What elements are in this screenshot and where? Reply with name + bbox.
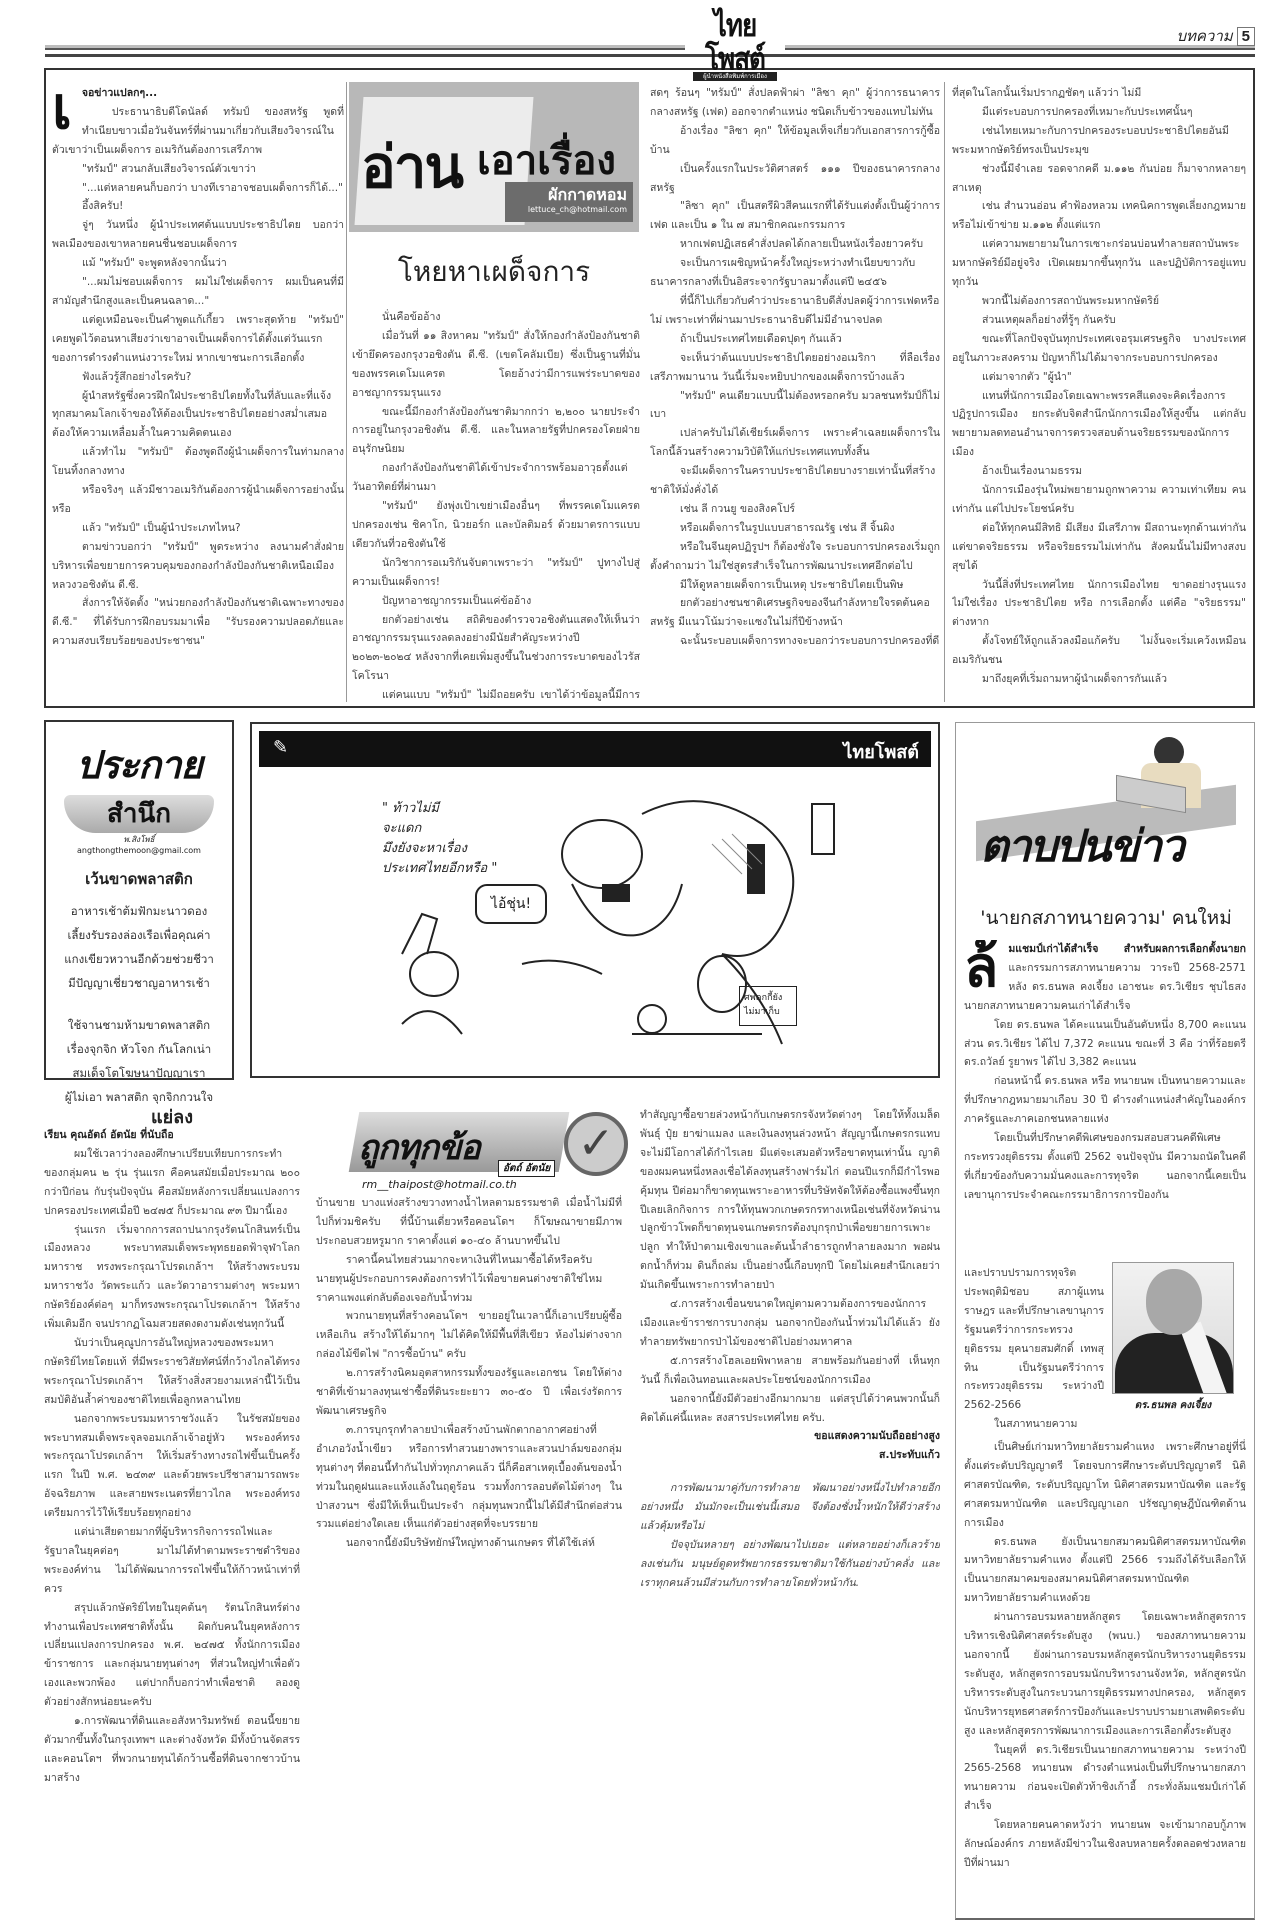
cartoon-drawing — [342, 784, 902, 1064]
cartoon-header-bar: ✎ ไทยโพสต์ — [259, 731, 931, 767]
poem-author: พ.สิงโพธิ์ — [46, 833, 232, 846]
letter-salutation: เรียน คุณอัตถ์ อัตนัย ที่นับถือ — [44, 1126, 300, 1145]
cartoon-sign: ศพคุกกี้ยัง ไม่มาเก็บ — [739, 986, 797, 1026]
news-person-headline: 'นายกสภาทนายความ' คนใหม่ — [956, 903, 1256, 933]
column-readit-col4: ที่สุดในโลกนั้นเริ่มปรากฏชัดๆ แล้วว่า ไม… — [952, 84, 1246, 704]
letter-col1: เรียน คุณอัตถ์ อัตนัย ที่นับถือ ผมใช้เวล… — [44, 1126, 300, 1920]
column-headline: โหยหาเผด็จการ — [349, 250, 639, 294]
dropcap: ล้ — [964, 940, 998, 996]
news-person-wrap: และปราบปรามการทุจริตประพฤติมิชอบ สภาผู้แ… — [964, 1264, 1104, 1434]
editor-reply: ปัจจุบันหลายๆ อย่างพัฒนาไปเยอะ แต่หลายอย… — [640, 1536, 940, 1593]
column-readit-col3: สดๆ ร้อนๆ "ทรัมป์" สั่งปลดฟ้าผ่า "ลิซา ค… — [650, 84, 940, 704]
poem-stanza: ใช้จานชามห้ามขาดพลาสติก เรื่องจุกจิก หัว… — [46, 1013, 232, 1109]
poem-stanza: อาหารเช้าต้มฟักมะนาวดอง เลี้ยงรับรองล่อง… — [46, 899, 232, 995]
news-person-banner: ตาบปนข่าว — [966, 733, 1246, 873]
divider — [45, 54, 1255, 57]
poem-email: angthongthemoon@gmail.com — [46, 846, 232, 855]
author-tag: ผักกาดหอม lettuce_ch@hotmail.com — [505, 182, 633, 222]
masthead-rule — [45, 45, 1255, 50]
column-banner-readit: อ่าน เอาเรื่อง ผักกาดหอม lettuce_ch@hotm… — [349, 82, 639, 232]
news-person-body: ล้ มแชมป์เก่าได้สำเร็จ สำหรับผลการเลือกต… — [964, 940, 1246, 1262]
letter-email: rm__thaipost@hotmail.co.th — [362, 1178, 517, 1191]
news-person-body-after: เป็นศิษย์เก่ามหาวิทยาลัยรามคำแหง เพราะศึ… — [964, 1438, 1246, 1908]
section-label: บทความ5 — [1176, 24, 1255, 48]
page-number: 5 — [1237, 27, 1255, 46]
column-rule — [944, 82, 945, 702]
letter-col2: บ้านขาย บางแห่งสร้างขวางทางน้ำไหลตามธรรม… — [316, 1194, 622, 1920]
poem-box: ประกาย สำนึก พ.สิงโพธิ์ angthongthemoon@… — [44, 720, 234, 1080]
column-readit-col1: เ จอข่าวแปลกๆ... ประธานาธิบดีโดนัลด์ ทรั… — [52, 84, 344, 704]
newspaper-logo: ไทยโพสต์ ผู้นำหนังสือพิมพ์การเมือง — [685, 14, 785, 54]
scroll-graphic: สำนึก — [64, 795, 214, 833]
letter-banner: ถูกทุกข้อ อัตถ์ อัตนัย ✓ rm__thaipost@ho… — [348, 1098, 638, 1188]
masthead: ไทยโพสต์ ผู้นำหนังสือพิมพ์การเมือง บทควา… — [45, 0, 1255, 60]
poem-banner-title: ประกาย — [46, 734, 232, 795]
letter-col3: ทำสัญญาซื้อขายล่วงหน้ากับเกษตรกรจังหวัดต… — [640, 1106, 940, 1920]
poem-title: เว้นขาดพลาสติก — [46, 867, 232, 891]
mascot-icon: ✎ — [273, 737, 288, 758]
column-readit-col2: นั่นคือข้ออ้าง เมื่อวันที่ ๑๑ สิงหาคม "ท… — [352, 308, 640, 704]
portrait-photo — [1112, 1262, 1234, 1394]
newspaper-reader-illustration — [1136, 733, 1206, 823]
column-rule — [346, 82, 347, 702]
dropcap: เ — [52, 84, 72, 132]
checkmark-icon: ✓ — [564, 1112, 628, 1176]
editor-reply: การพัฒนามาคู่กับการทำลาย พัฒนาอย่างหนึ่ง… — [640, 1479, 940, 1536]
letter-author: ส.ประทับแก้ว — [640, 1446, 940, 1465]
letter-signoff: ขอแสดงความนับถืออย่างสูง — [640, 1427, 940, 1446]
editorial-cartoon: ✎ ไทยโพสต์ " ท้าวไม่มี จะแดก มึงยังจะหาเ… — [250, 722, 940, 1078]
cartoon-brand: ไทยโพสต์ — [843, 737, 919, 766]
photo-caption: ดร.ธนพล คงเจี้ยง — [1112, 1398, 1234, 1413]
kicker: จอข่าวแปลกๆ... — [82, 87, 157, 99]
